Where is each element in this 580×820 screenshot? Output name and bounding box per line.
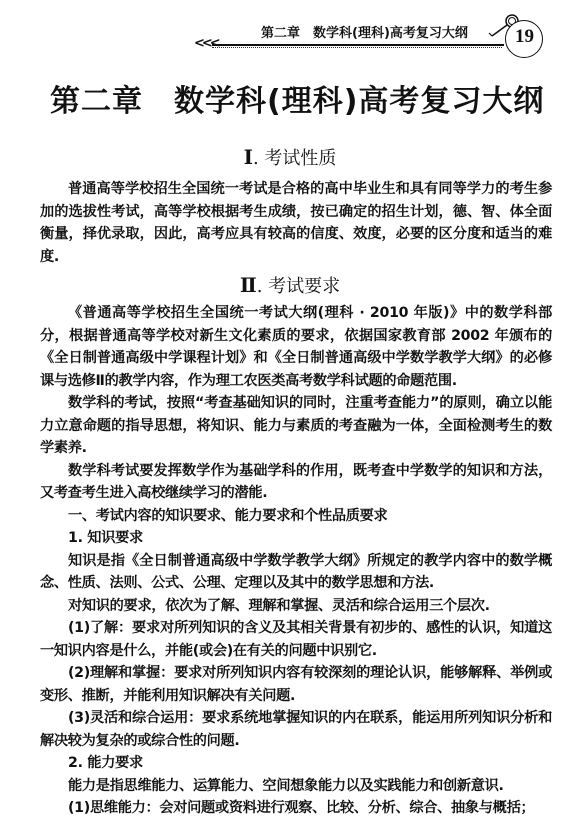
paragraph: (1)了解：要求对所列知识的含义及其相关背景有初步的、感性的认识，知道这一知识内…: [40, 617, 552, 662]
section-title: . 考试性质: [253, 148, 336, 169]
paragraph: 数学科考试要发挥数学作为基础学科的作用，既考查中学数学的知识和方法，又考查考生进…: [40, 460, 552, 505]
subsection-heading: 2. 能力要求: [40, 752, 552, 775]
running-header: <<< 第二章 数学科(理科)高考复习大纲 19: [0, 0, 580, 60]
paragraph: 能力是指思维能力、运算能力、空间想象能力以及实践能力和创新意识.: [40, 775, 552, 798]
paragraph: 数学科的考试，按照“考查基础知识的同时，注重考查能力”的原则，确立以能力立意命题…: [40, 392, 552, 460]
section-numeral: Ⅱ: [240, 275, 257, 297]
chapter-title: 第二章 数学科(理科)高考复习大纲: [50, 76, 544, 120]
section-heading-2: Ⅱ. 考试要求: [0, 272, 580, 298]
section-heading-1: Ⅰ. 考试性质: [0, 144, 580, 170]
paragraph: 对知识的要求，依次为了解、理解和掌握、灵活和综合运用三个层次.: [40, 595, 552, 618]
paragraph: (3)灵活和综合运用：要求系统地掌握知识的内在联系，能运用所列知识分析和解决较为…: [40, 707, 552, 752]
subsection-heading: 1. 知识要求: [40, 527, 552, 550]
paragraph: 《普通高等学校招生全国统一考试大纲(理科 · 2010 年版)》中的数学科部分，…: [40, 302, 552, 392]
subsection-heading: 一、考试内容的知识要求、能力要求和个性品质要求: [40, 505, 552, 528]
section-2-body: 《普通高等学校招生全国统一考试大纲(理科 · 2010 年版)》中的数学科部分，…: [40, 302, 552, 820]
paragraph: 知识是指《全日制普通高级中学数学教学大纲》所规定的教学内容中的数学概念、性质、法…: [40, 550, 552, 595]
paragraph: 普通高等学校招生全国统一考试是合格的高中毕业生和具有同等学力的考生参加的选拔性考…: [40, 178, 552, 268]
section-numeral: Ⅰ: [244, 147, 253, 169]
paragraph: (1)思维能力：会对问题或资料进行观察、比较、分析、综合、抽象与概括；: [40, 797, 552, 820]
section-title: . 考试要求: [257, 276, 340, 297]
running-title: 第二章 数学科(理科)高考复习大纲: [261, 22, 468, 41]
paragraph: (2)理解和掌握：要求对所列知识内容有较深刻的理论认识，能够解释、举例或变形、推…: [40, 662, 552, 707]
header-rule-dotted: [212, 47, 502, 48]
header-rule: [212, 44, 504, 46]
section-1-body: 普通高等学校招生全国统一考试是合格的高中毕业生和具有同等学力的考生参加的选拔性考…: [40, 178, 552, 268]
page-number: 19: [505, 26, 544, 48]
